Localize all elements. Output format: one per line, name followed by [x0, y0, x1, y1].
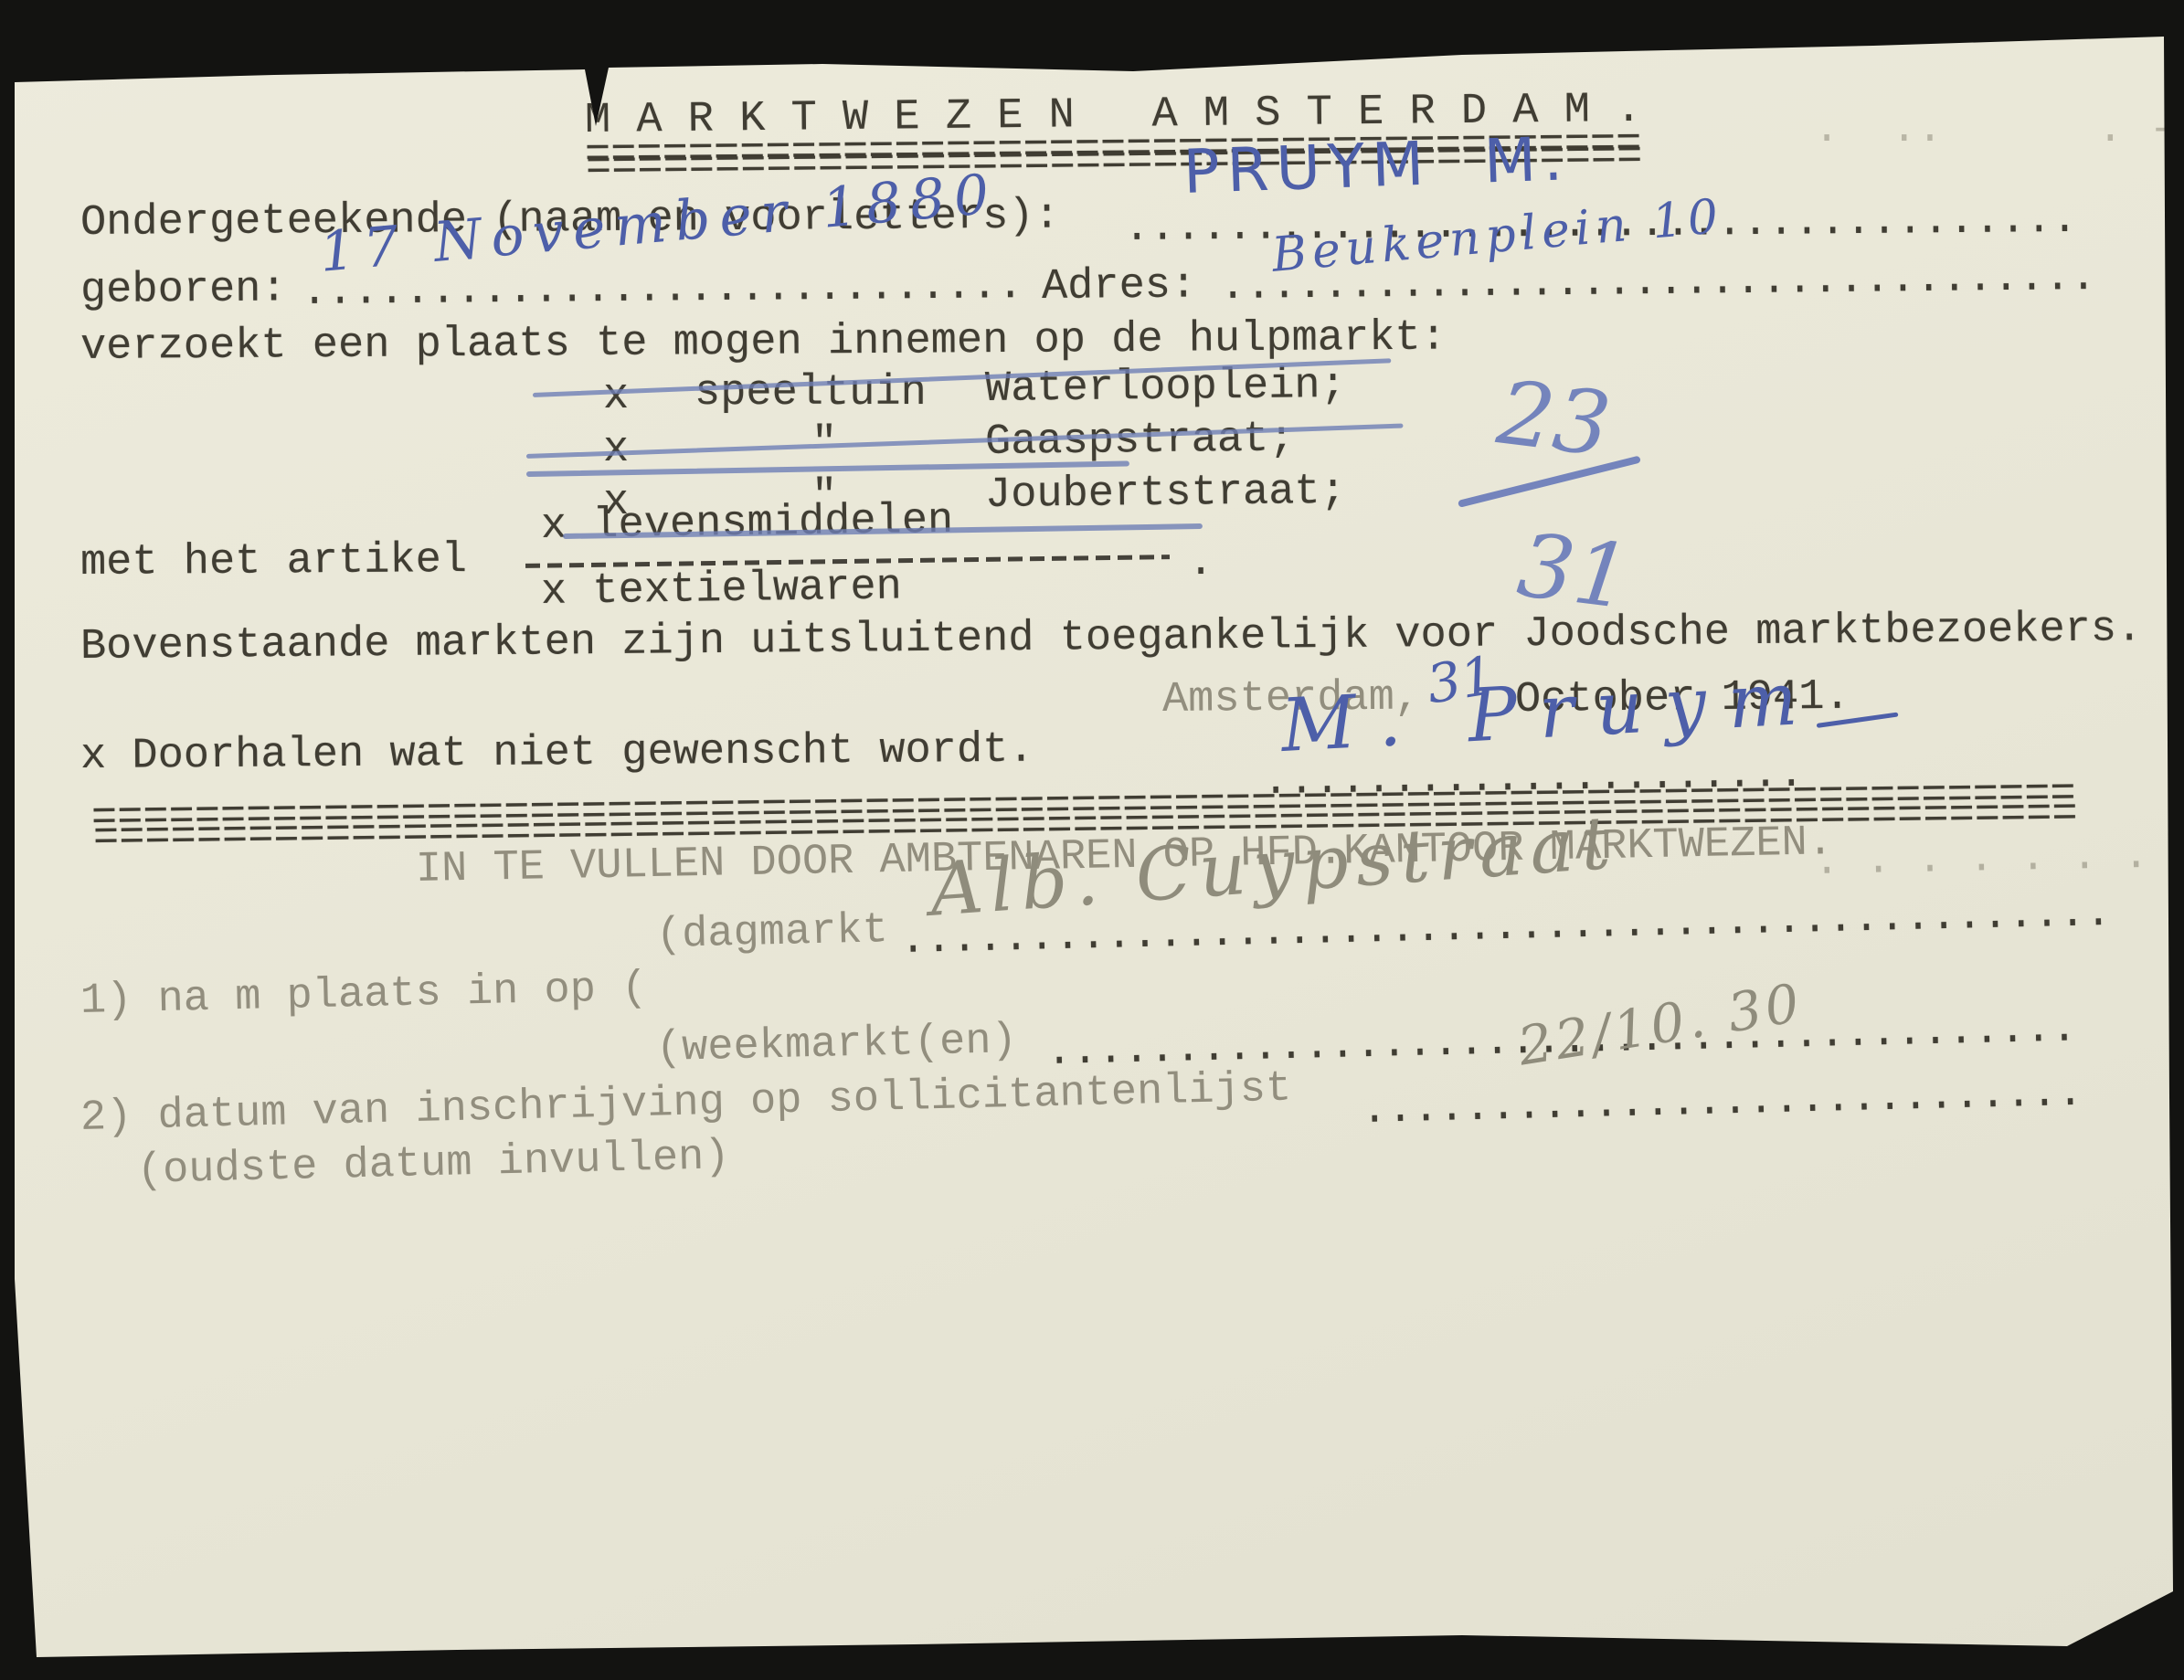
article-label: met het artikel [80, 538, 467, 586]
scan-background: M A R K T W E Z E N A M S T E R D A M . … [0, 0, 2184, 1680]
office-item2-note: (oudste datum invullen) [136, 1135, 730, 1194]
article-option-struck: x levensmiddelen [541, 499, 954, 550]
ink-fraction-numerator: 23 [1492, 361, 1616, 476]
dagmarkt-label: (dagmarkt [655, 908, 888, 958]
option-marker-waterlooplein: x [603, 375, 629, 419]
office-item1-label: 1) na m plaats in op ( [80, 967, 647, 1024]
born-label: geboren: [80, 267, 287, 313]
option-name-gaaspstraat: Gaaspstraat; [985, 417, 1295, 465]
item2-dotted-leader: ............................ [1361, 1072, 2083, 1135]
name-handwritten-value: PRUYM M. [1182, 123, 1572, 207]
footnote-line: x Doorhalen wat niet gewenscht wordt. [80, 728, 1034, 780]
stray-typed-marks: . .. . -- [1814, 108, 2184, 153]
article-period: . [1188, 541, 1214, 586]
document-paper: M A R K T W E Z E N A M S T E R D A M . … [0, 0, 2184, 1680]
article-option-kept: x textielwaren [541, 565, 903, 615]
option-name-joubertstraat: Joubertstraat; [985, 470, 1346, 518]
office-heading-trail: . . . . . . . [1814, 834, 2150, 885]
notice-line: Bovenstaande markten zijn uitsluitend to… [80, 607, 2143, 670]
office-item2-label: 2) datum van inschrijving op sollicitant… [80, 1067, 1291, 1142]
address-label: Adres: [1042, 264, 1197, 311]
weekmarkt-label: (weekmarkt(en) [655, 1019, 1017, 1072]
